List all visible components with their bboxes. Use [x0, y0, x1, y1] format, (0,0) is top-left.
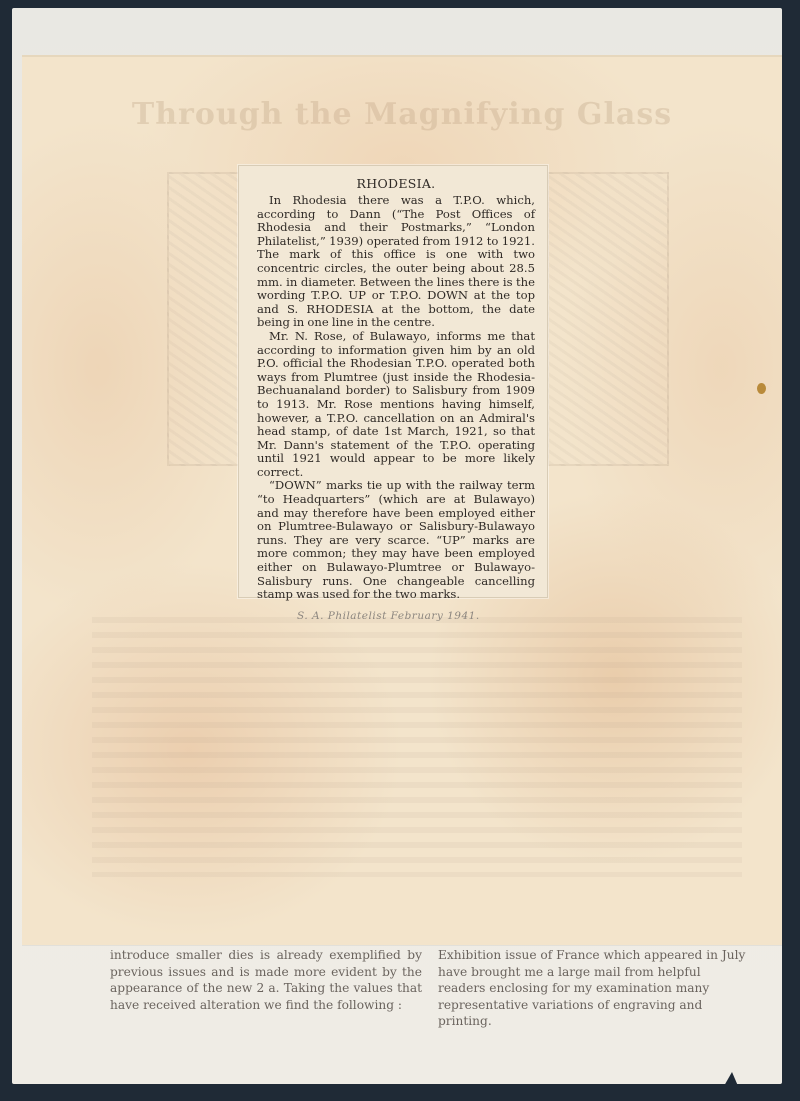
handwritten-source-note: S. A. Philatelist February 1941. [297, 610, 535, 622]
clipping-title: RHODESIA. [257, 176, 535, 191]
clipping-paragraph: Mr. N. Rose, of Bulawayo, informs me tha… [257, 330, 535, 480]
clipping-paragraph: In Rhodesia there was a T.P.O. which, ac… [257, 194, 535, 330]
ghost-stamp-left [167, 172, 243, 466]
ghost-text-lines [92, 617, 742, 877]
ghost-stamp-right [547, 172, 669, 466]
base-text-right-column: Exhibition issue of France which appeare… [438, 947, 750, 1030]
newspaper-clipping: RHODESIA. In Rhodesia there was a T.P.O.… [238, 165, 548, 598]
clipping-paragraph: “DOWN” marks tie up with the railway ter… [257, 479, 535, 601]
base-page-text: introduce smaller dies is already exempl… [110, 947, 750, 1030]
ghost-heading: Through the Magnifying Glass [22, 97, 782, 132]
stain-spot [757, 383, 766, 394]
base-text-left-column: introduce smaller dies is already exempl… [110, 947, 422, 1030]
